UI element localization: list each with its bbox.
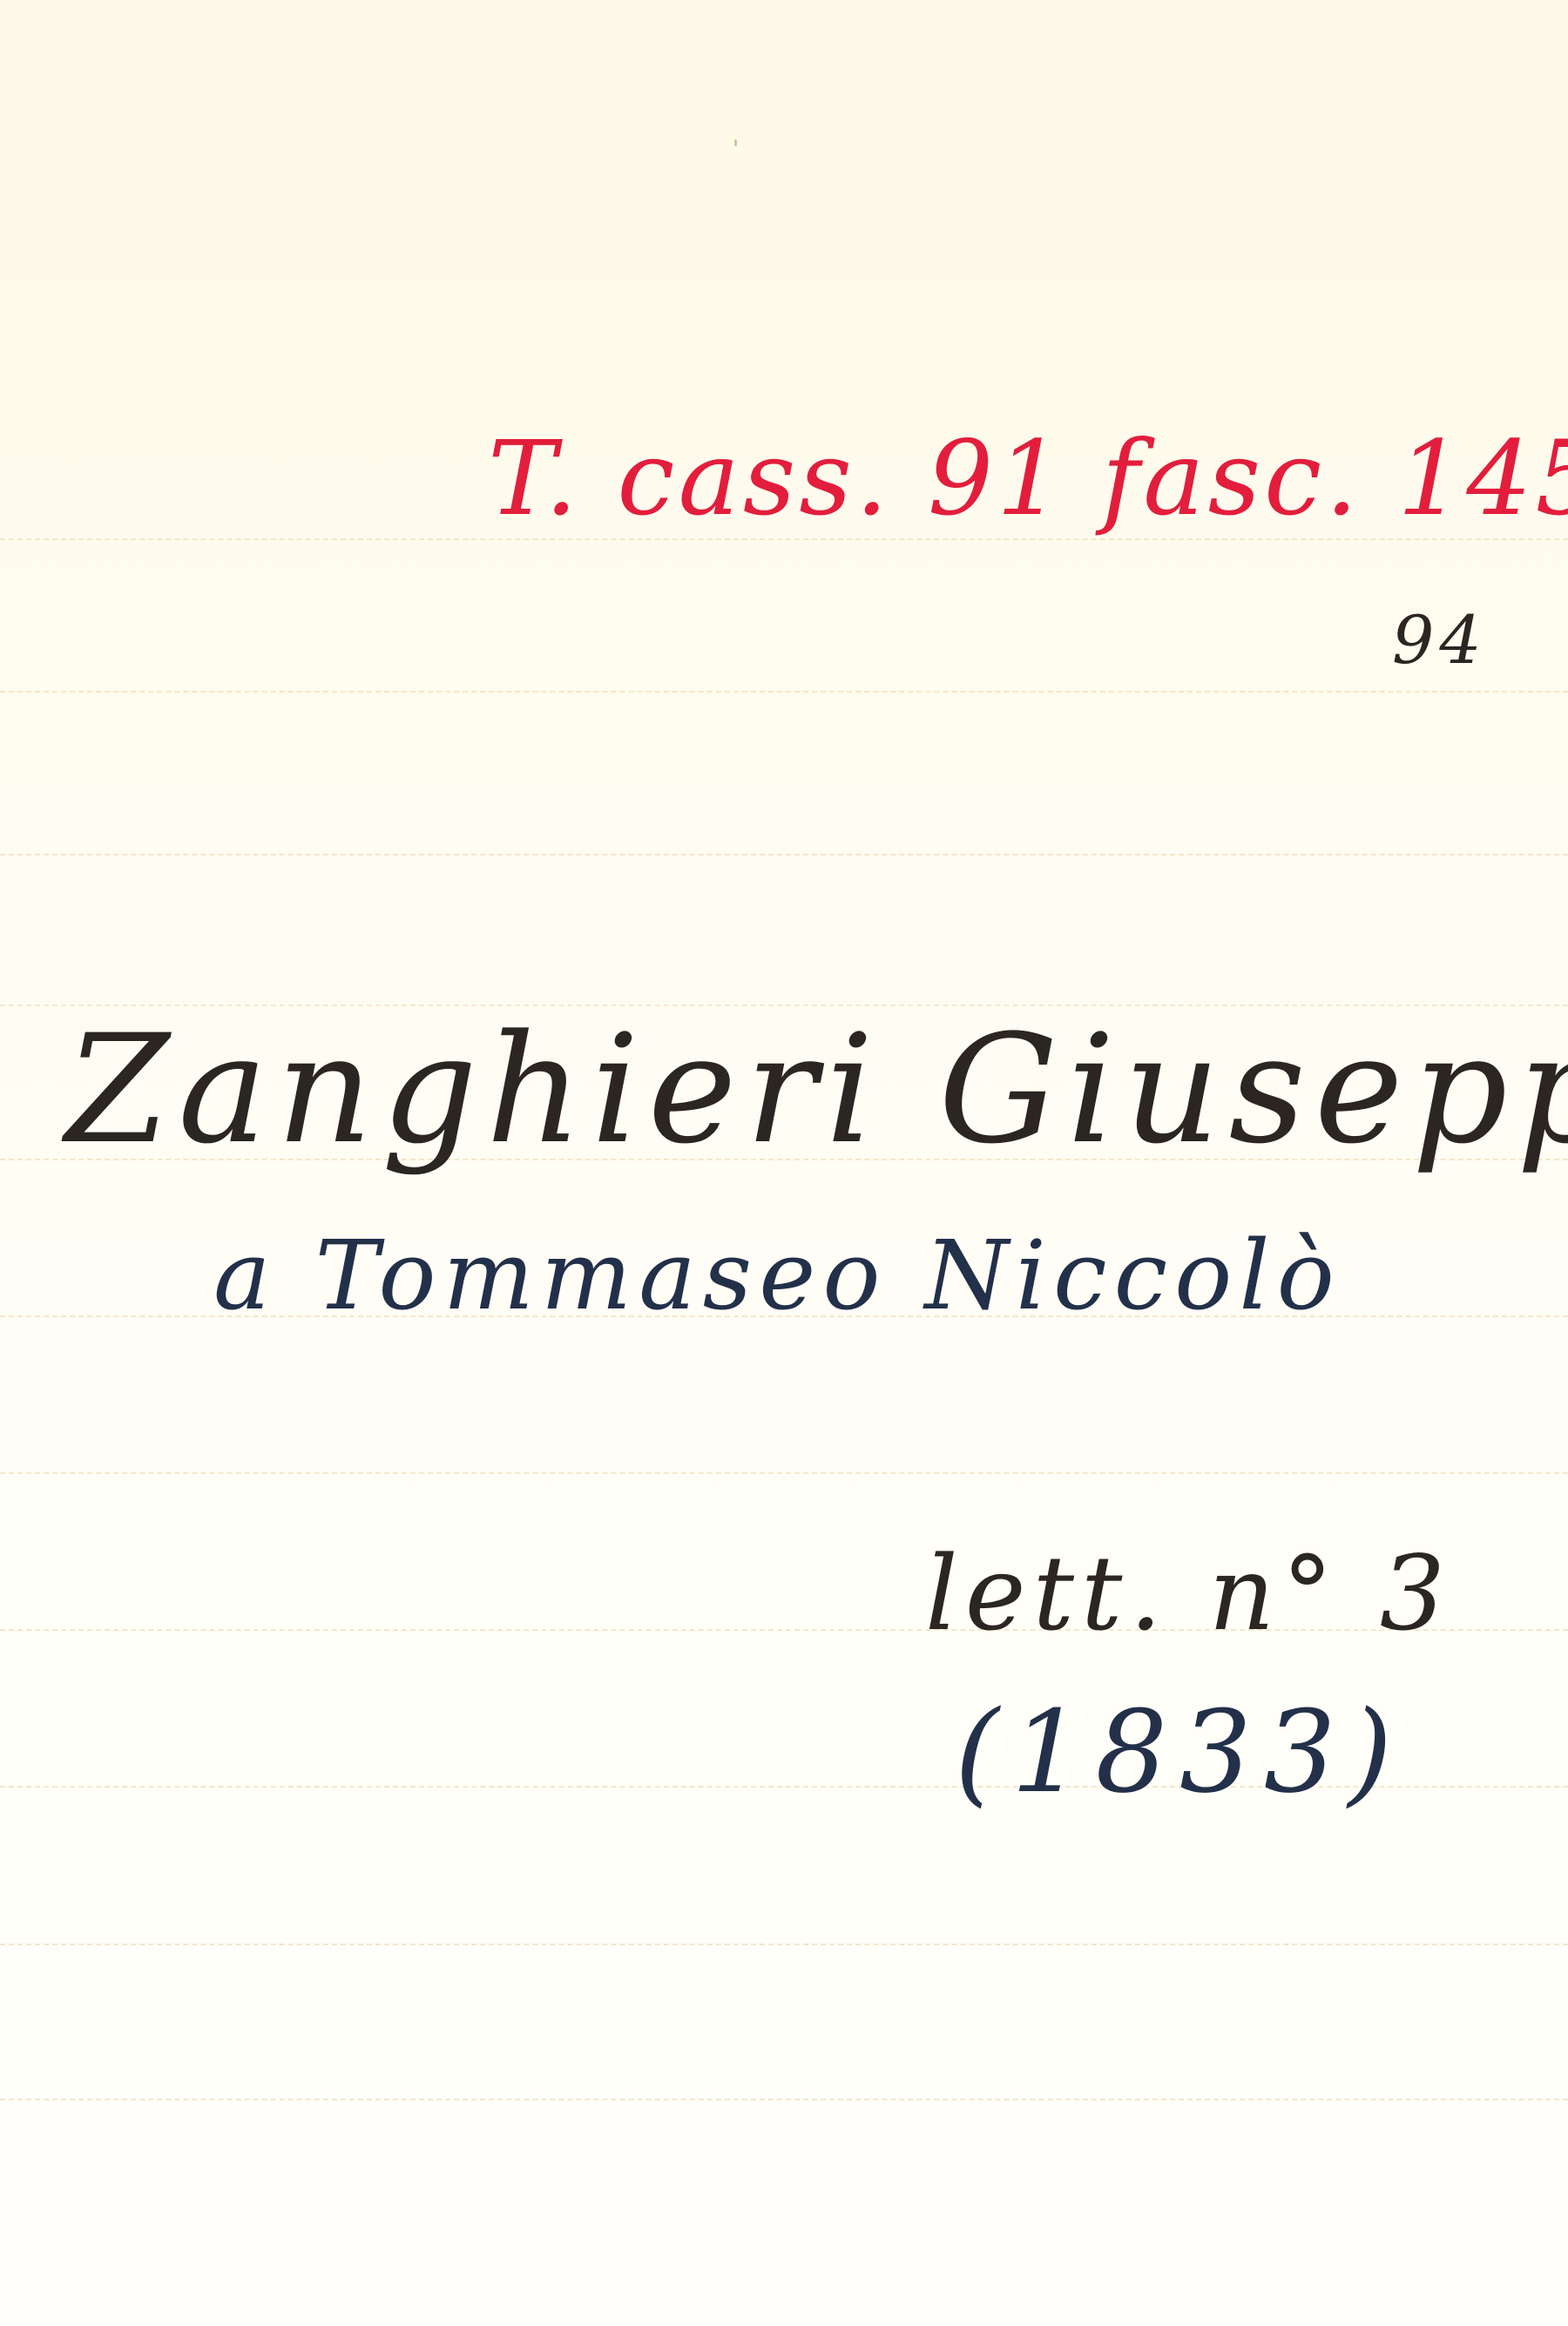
author-name: Zanghieri Giuseppe. (65, 1002, 1568, 1177)
ruled-line (0, 1944, 1568, 1945)
catalog-card: T. cass. 91 fasc. 145. 94 Zanghieri Gius… (0, 0, 1568, 2326)
shelfmark-sub-number: 94 (1392, 601, 1487, 679)
shelfmark: T. cass. 91 fasc. 145. (488, 418, 1568, 538)
recipient-name: a Tommaseo Niccolò (213, 1220, 1342, 1331)
paper-speck (734, 139, 737, 146)
ruled-line (0, 691, 1568, 693)
year: (1833) (955, 1686, 1404, 1818)
ruled-line (0, 538, 1568, 540)
ruled-line (0, 854, 1568, 855)
ruled-line (0, 1472, 1568, 1474)
letters-count: lett. n° 3 (925, 1533, 1452, 1653)
ruled-line (0, 2099, 1568, 2100)
